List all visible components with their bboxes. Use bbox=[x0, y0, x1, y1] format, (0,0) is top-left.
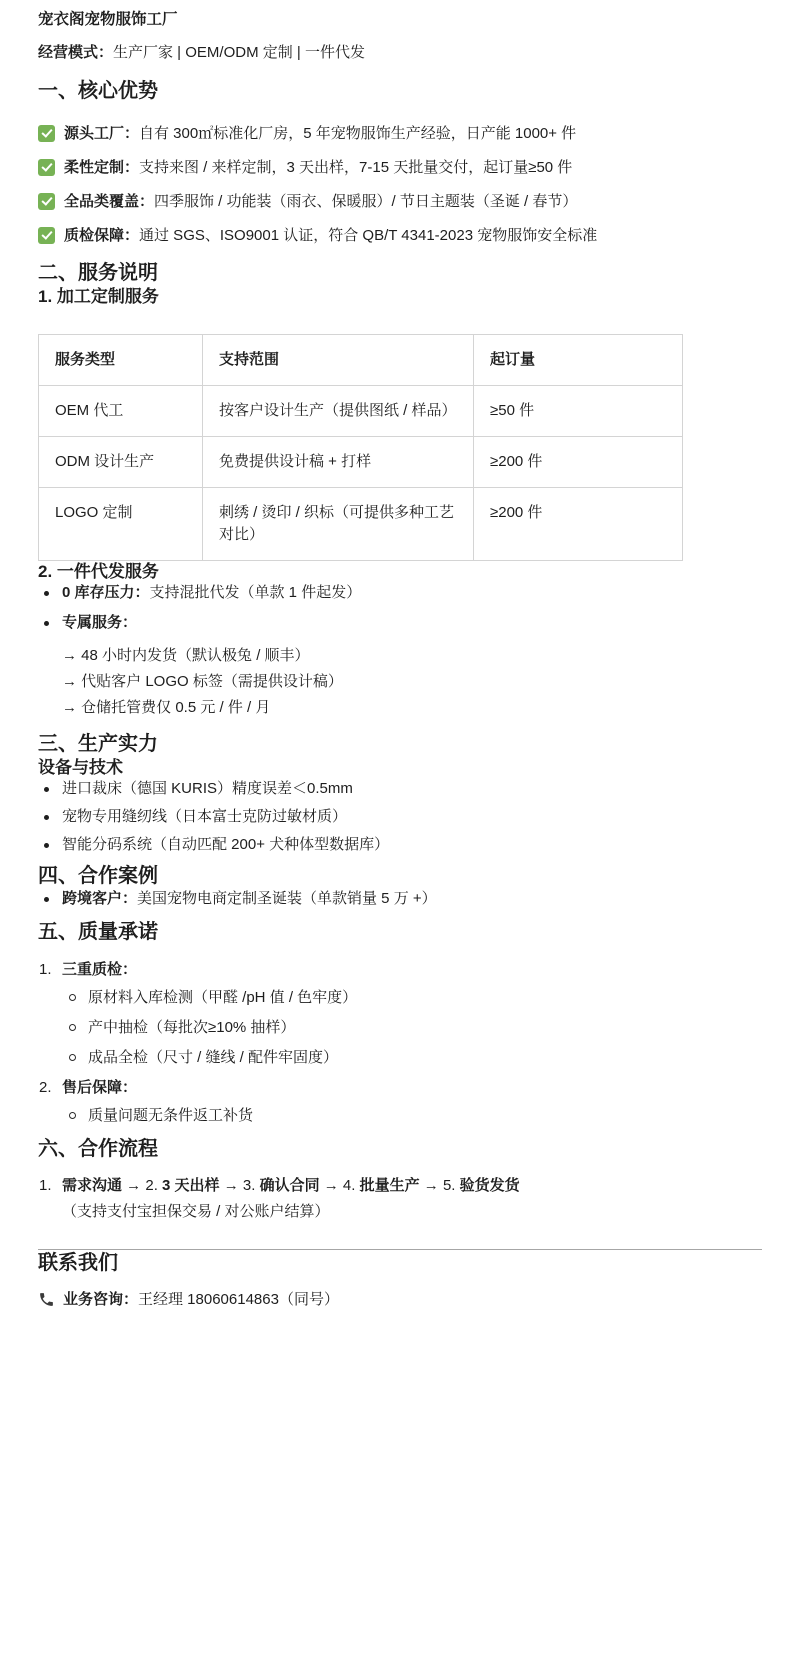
check-item-label: 柔性定制： bbox=[64, 159, 139, 176]
flow-step: 批量生产 bbox=[360, 1177, 420, 1194]
flow-step: 需求沟通 bbox=[62, 1177, 122, 1194]
flow-sep: → 4. bbox=[320, 1177, 360, 1194]
phone-icon bbox=[38, 1291, 55, 1308]
subsection-heading-custom-service: 1. 加工定制服务 bbox=[38, 286, 762, 308]
bullet-label: 三重质检： bbox=[62, 961, 137, 978]
check-item-value: 自有 300㎡标准化厂房，5 年宠物服饰生产经验，日产能 1000+ 件 bbox=[139, 125, 576, 142]
list-number: 1. bbox=[39, 960, 52, 980]
check-icon bbox=[38, 193, 55, 210]
table-cell: 免费提供设计稿 + 打样 bbox=[203, 437, 474, 488]
business-mode-line: 经营模式：生产厂家 | OEM/ODM 定制 | 一件代发 bbox=[38, 43, 762, 63]
list-item: 智能分码系统（自动匹配 200+ 犬种体型数据库） bbox=[38, 835, 762, 855]
subsection-heading-equipment: 设备与技术 bbox=[38, 757, 762, 779]
document: 宠衣阁宠物服饰工厂 经营模式：生产厂家 | OEM/ODM 定制 | 一件代发 … bbox=[0, 0, 800, 1310]
arrow-line: → 48 小时内发货（默认极兔 / 顺丰） bbox=[62, 643, 762, 669]
table-cell: ODM 设计生产 bbox=[39, 437, 203, 488]
table-row: OEM 代工 按客户设计生产（提供图纸 / 样品） ≥50 件 bbox=[39, 386, 683, 437]
check-item-value: 支持来图 / 来样定制，3 天出样，7-15 天批量交付，起订量≥50 件 bbox=[139, 159, 572, 176]
flow-step: 确认合同 bbox=[260, 1177, 320, 1194]
phone-value: 王经理 18060614863（同号） bbox=[138, 1291, 339, 1308]
dropship-list: 0 库存压力：支持混批代发（单款 1 件起发） 专属服务： → 48 小时内发货… bbox=[38, 583, 762, 721]
check-item-value: 通过 SGS、ISO9001 认证，符合 QB/T 4341-2023 宠物服饰… bbox=[139, 227, 597, 244]
section-heading-cases: 四、合作案例 bbox=[38, 863, 762, 889]
table-row: LOGO 定制 刺绣 / 烫印 / 织标（可提供多种工艺对比） ≥200 件 bbox=[39, 488, 683, 561]
flow-sep: → 5. bbox=[420, 1177, 460, 1194]
phone-text: 业务咨询：王经理 18060614863（同号） bbox=[63, 1290, 339, 1310]
bullet-label: 跨境客户： bbox=[62, 890, 137, 907]
list-item: 原材料入库检测（甲醛 /pH 值 / 色牢度） bbox=[88, 988, 762, 1008]
check-item-text: 源头工厂：自有 300㎡标准化厂房，5 年宠物服饰生产经验，日产能 1000+ … bbox=[64, 124, 576, 144]
bullet-text: 支持混批代发（单款 1 件起发） bbox=[150, 584, 362, 601]
business-mode-label: 经营模式： bbox=[38, 44, 113, 61]
table-cell: 按客户设计生产（提供图纸 / 样品） bbox=[203, 386, 474, 437]
list-item: 质量问题无条件返工补货 bbox=[88, 1106, 762, 1126]
list-item: 进口裁床（德国 KURIS）精度误差＜0.5mm bbox=[38, 779, 762, 799]
table-cell: 刺绣 / 烫印 / 织标（可提供多种工艺对比） bbox=[203, 488, 474, 561]
list-item: 产中抽检（每批次≥10% 抽样） bbox=[88, 1018, 762, 1038]
bullet-label: 0 库存压力： bbox=[62, 584, 150, 601]
section-heading-services: 二、服务说明 bbox=[38, 260, 762, 286]
section-heading-production: 三、生产实力 bbox=[38, 731, 762, 757]
service-table: 服务类型 支持范围 起订量 OEM 代工 按客户设计生产（提供图纸 / 样品） … bbox=[38, 334, 683, 561]
list-item: 专属服务： → 48 小时内发货（默认极兔 / 顺丰） → 代贴客户 LOGO … bbox=[38, 613, 762, 721]
section-heading-quality: 五、质量承诺 bbox=[38, 919, 762, 945]
check-item-label: 源头工厂： bbox=[64, 125, 139, 142]
sub-list: 原材料入库检测（甲醛 /pH 值 / 色牢度） 产中抽检（每批次≥10% 抽样）… bbox=[62, 988, 762, 1068]
check-icon bbox=[38, 125, 55, 142]
quality-list: 1.三重质检： 原材料入库检测（甲醛 /pH 值 / 色牢度） 产中抽检（每批次… bbox=[38, 960, 762, 1126]
table-header-service-type: 服务类型 bbox=[39, 335, 203, 386]
check-item-value: 四季服饰 / 功能装（雨衣、保暖服）/ 节日主题装（圣诞 / 春节） bbox=[154, 193, 577, 210]
check-item-text: 全品类覆盖：四季服饰 / 功能装（雨衣、保暖服）/ 节日主题装（圣诞 / 春节） bbox=[64, 192, 577, 212]
page-title: 宠衣阁宠物服饰工厂 bbox=[38, 10, 762, 30]
list-item: 质检保障：通过 SGS、ISO9001 认证，符合 QB/T 4341-2023… bbox=[38, 226, 762, 246]
list-item: 宠物专用缝纫线（日本富士克防过敏材质） bbox=[38, 807, 762, 827]
list-number: 1. bbox=[39, 1175, 52, 1197]
subsection-heading-dropship: 2. 一件代发服务 bbox=[38, 561, 762, 583]
list-item: 1.需求沟通 → 2. 3 天出样 → 3. 确认合同 → 4. 批量生产 → … bbox=[38, 1175, 762, 1223]
list-item: 跨境客户：美国宠物电商定制圣诞装（单款销量 5 万 +） bbox=[38, 889, 762, 909]
list-item: 全品类覆盖：四季服饰 / 功能装（雨衣、保暖服）/ 节日主题装（圣诞 / 春节） bbox=[38, 192, 762, 212]
core-advantages-list: 源头工厂：自有 300㎡标准化厂房，5 年宠物服饰生产经验，日产能 1000+ … bbox=[38, 124, 762, 246]
table-header-moq: 起订量 bbox=[474, 335, 683, 386]
list-item: 柔性定制：支持来图 / 来样定制，3 天出样，7-15 天批量交付，起订量≥50… bbox=[38, 158, 762, 178]
flow-step: 验货发货 bbox=[460, 1177, 520, 1194]
section-heading-core-advantages: 一、核心优势 bbox=[38, 78, 762, 104]
phone-row: 业务咨询：王经理 18060614863（同号） bbox=[38, 1290, 762, 1310]
list-number: 2. bbox=[39, 1078, 52, 1098]
list-item: 源头工厂：自有 300㎡标准化厂房，5 年宠物服饰生产经验，日产能 1000+ … bbox=[38, 124, 762, 144]
equipment-list: 进口裁床（德国 KURIS）精度误差＜0.5mm 宠物专用缝纫线（日本富士克防过… bbox=[38, 779, 762, 855]
arrow-lines: → 48 小时内发货（默认极兔 / 顺丰） → 代贴客户 LOGO 标签（需提供… bbox=[62, 643, 762, 721]
list-item: 成品全检（尺寸 / 缝线 / 配件牢固度） bbox=[88, 1048, 762, 1068]
table-cell: ≥200 件 bbox=[474, 437, 683, 488]
table-cell: ≥50 件 bbox=[474, 386, 683, 437]
flow-line: 需求沟通 → 2. 3 天出样 → 3. 确认合同 → 4. 批量生产 → 5.… bbox=[62, 1177, 520, 1194]
check-icon bbox=[38, 227, 55, 244]
check-item-label: 质检保障： bbox=[64, 227, 139, 244]
bullet-text: 美国宠物电商定制圣诞装（单款销量 5 万 +） bbox=[137, 890, 437, 907]
table-cell: OEM 代工 bbox=[39, 386, 203, 437]
table-cell: ≥200 件 bbox=[474, 488, 683, 561]
table-cell: LOGO 定制 bbox=[39, 488, 203, 561]
check-item-label: 全品类覆盖： bbox=[64, 193, 154, 210]
business-mode-value: 生产厂家 | OEM/ODM 定制 | 一件代发 bbox=[113, 44, 365, 61]
flow-sep: → 2. bbox=[122, 1177, 162, 1194]
list-item: 1.三重质检： 原材料入库检测（甲醛 /pH 值 / 色牢度） 产中抽检（每批次… bbox=[38, 960, 762, 1068]
check-icon bbox=[38, 159, 55, 176]
sub-list: 质量问题无条件返工补货 bbox=[62, 1106, 762, 1126]
table-row: ODM 设计生产 免费提供设计稿 + 打样 ≥200 件 bbox=[39, 437, 683, 488]
arrow-line: → 仓储托管费仅 0.5 元 / 件 / 月 bbox=[62, 695, 762, 721]
check-item-text: 柔性定制：支持来图 / 来样定制，3 天出样，7-15 天批量交付，起订量≥50… bbox=[64, 158, 572, 178]
section-heading-contact: 联系我们 bbox=[38, 1250, 762, 1276]
flow-note: （支持支付宝担保交易 / 对公账户结算） bbox=[62, 1201, 762, 1223]
bullet-label: 专属服务： bbox=[62, 614, 137, 631]
bullet-label: 售后保障： bbox=[62, 1079, 137, 1096]
list-item: 2.售后保障： 质量问题无条件返工补货 bbox=[38, 1078, 762, 1126]
process-list: 1.需求沟通 → 2. 3 天出样 → 3. 确认合同 → 4. 批量生产 → … bbox=[38, 1175, 762, 1223]
flow-sep: → 3. bbox=[220, 1177, 260, 1194]
table-header-row: 服务类型 支持范围 起订量 bbox=[39, 335, 683, 386]
flow-step: 3 天出样 bbox=[162, 1177, 220, 1194]
arrow-line: → 代贴客户 LOGO 标签（需提供设计稿） bbox=[62, 669, 762, 695]
list-item: 0 库存压力：支持混批代发（单款 1 件起发） bbox=[38, 583, 762, 603]
table-header-scope: 支持范围 bbox=[203, 335, 474, 386]
check-item-text: 质检保障：通过 SGS、ISO9001 认证，符合 QB/T 4341-2023… bbox=[64, 226, 597, 246]
cases-list: 跨境客户：美国宠物电商定制圣诞装（单款销量 5 万 +） bbox=[38, 889, 762, 909]
phone-label: 业务咨询： bbox=[63, 1291, 138, 1308]
section-heading-process: 六、合作流程 bbox=[38, 1136, 762, 1162]
